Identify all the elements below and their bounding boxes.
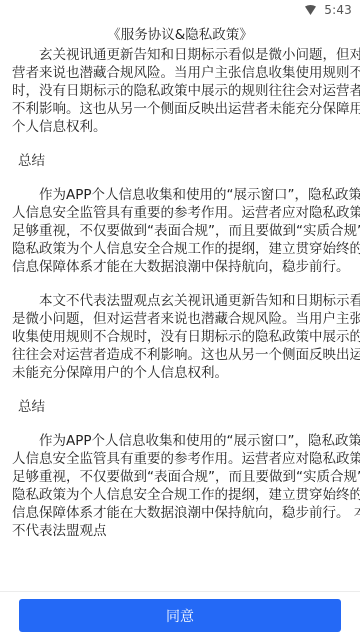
status-bar: 5:43 (0, 0, 360, 20)
paragraph-line: 足够重视，不仅要做到“表面合规”，而且要做到“实质合规”，以 (12, 468, 350, 486)
footer-divider (0, 591, 360, 592)
policy-paragraph: 本文不代表法盟观点玄关视讯通更新告知和日期标示看似 是微小问题，但对运营者来说也… (12, 292, 350, 382)
paragraph-line: 隐私政策为个人信息安全合规工作的提纲，建立贯穿始终的个人 (12, 240, 350, 258)
paragraph-line: 信息保障体系才能在大数据浪潮中保持航向，稳步前行。 (12, 258, 350, 276)
paragraph-line: 不利影响。这也从另一个侧面反映出运营者未能充分保障用户的 (12, 100, 350, 118)
paragraph-line: 本文不代表法盟观点玄关视讯通更新告知和日期标示看似 (12, 292, 350, 310)
policy-paragraph: 玄关视讯通更新告知和日期标示看似是微小问题，但对运 营者来说也潜藏合规风险。当用… (12, 46, 350, 136)
paragraph-line: 不代表法盟观点 (12, 522, 350, 540)
paragraph-line: 人信息安全监管具有重要的参考作用。运营者应对隐私政策给予 (12, 204, 350, 222)
paragraph-line: 是微小问题，但对运营者来说也潜藏合规风险。当用户主张信息 (12, 310, 350, 328)
paragraph-line: 作为APP个人信息收集和使用的“展示窗口”，隐私政策对个 (12, 186, 350, 204)
paragraph-line: 玄关视讯通更新告知和日期标示看似是微小问题，但对运 (12, 46, 350, 64)
status-time: 5:43 (324, 3, 352, 17)
section-heading: 总结 (12, 398, 350, 416)
paragraph-line: 足够重视，不仅要做到“表面合规”，而且要做到“实质合规”，以 (12, 222, 350, 240)
paragraph-line: 营者来说也潜藏合规风险。当用户主张信息收集使用规则不合规 (12, 64, 350, 82)
privacy-policy-screen: 5:43 《服务协议&隐私政策》 玄关视讯通更新告知和日期标示看似是微小问题，但… (0, 0, 360, 640)
policy-paragraph: 作为APP个人信息收集和使用的“展示窗口”，隐私政策对个 人信息安全监管具有重要… (12, 432, 350, 540)
paragraph-line: 个人信息权利。 (12, 118, 350, 136)
paragraph-line: 人信息安全监管具有重要的参考作用。运营者应对隐私政策给予 (12, 450, 350, 468)
agree-button[interactable]: 同意 (19, 599, 341, 632)
page-title: 《服务协议&隐私政策》 (0, 26, 360, 44)
paragraph-line: 未能充分保障用户的个人信息权利。 (12, 364, 350, 382)
paragraph-line: 往往会对运营者造成不利影响。这也从另一个侧面反映出运营者 (12, 346, 350, 364)
paragraph-line: 收集使用规则不合规时，没有日期标示的隐私政策中展示的规则 (12, 328, 350, 346)
policy-content: 玄关视讯通更新告知和日期标示看似是微小问题，但对运 营者来说也潜藏合规风险。当用… (12, 46, 350, 540)
wifi-icon (305, 5, 316, 16)
paragraph-line: 信息保障体系才能在大数据浪潮中保持航向，稳步前行。 本文 (12, 504, 350, 522)
paragraph-line: 隐私政策为个人信息安全合规工作的提纲，建立贯穿始终的个人 (12, 486, 350, 504)
section-heading: 总结 (12, 152, 350, 170)
policy-paragraph: 作为APP个人信息收集和使用的“展示窗口”，隐私政策对个 人信息安全监管具有重要… (12, 186, 350, 276)
paragraph-line: 作为APP个人信息收集和使用的“展示窗口”，隐私政策对个 (12, 432, 350, 450)
paragraph-line: 时，没有日期标示的隐私政策中展示的规则往往会对运营者造成 (12, 82, 350, 100)
